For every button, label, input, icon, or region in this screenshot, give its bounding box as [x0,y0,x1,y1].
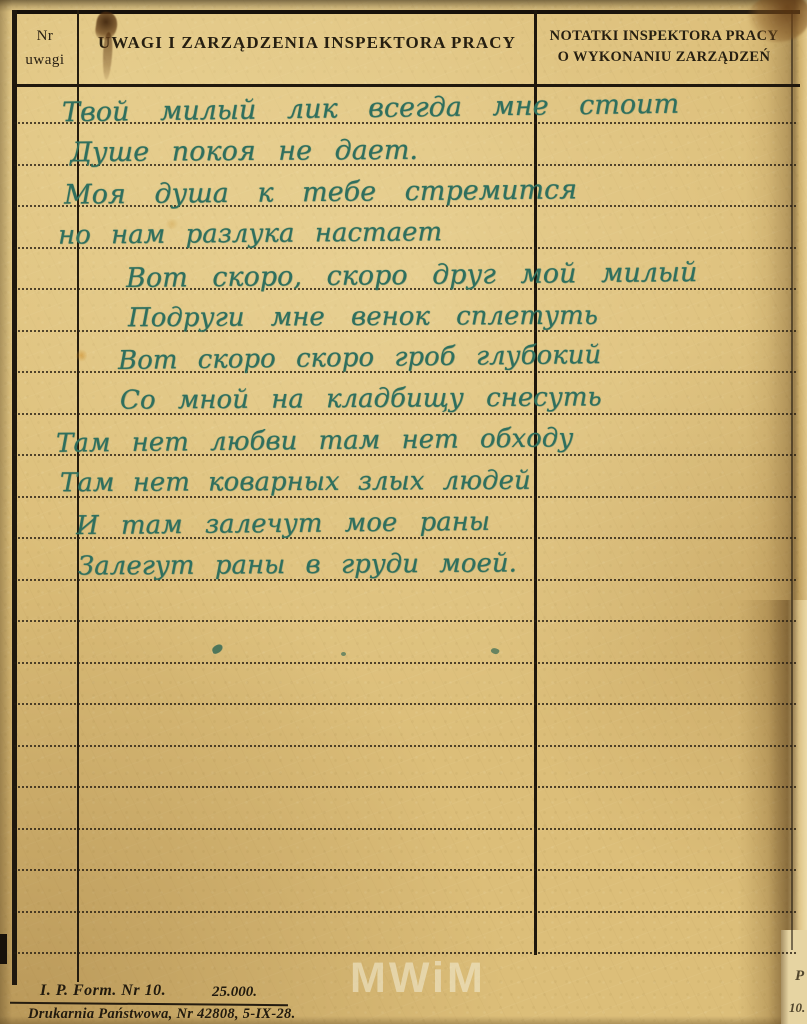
green-ink-fleck [211,643,224,654]
handwritten-line: Вот скоро скоро гроб глубокий [118,340,602,376]
header-nr-uwagi: Nr uwagi [14,24,76,72]
green-ink-fleck-small [341,652,346,656]
ruled-line [14,869,796,871]
form-code: I. P. Form. Nr 10. [40,982,166,1000]
header-notatki-line1: NOTATKI INSPEKTORA PRACY [538,26,790,47]
handwritten-line: И там залечут мое раны [76,507,490,541]
printer-imprint: Drukarnia Państwowa, Nr 42808, 5-IX-28. [28,1006,296,1023]
table-left-border [12,10,17,985]
handwritten-line: Залегут раны в груди моей. [78,548,517,581]
handwritten-line: Со мной на кладбищу снесуть [120,382,602,415]
adjacent-page-fragment-p: P [795,968,804,985]
header-nr-line2: uwagi [14,48,76,72]
header-notatki: NOTATKI INSPEKTORA PRACY O WYKONANIU ZAR… [538,26,790,68]
ruled-line [14,911,796,913]
header-nr-line1: Nr [14,24,76,48]
table-right-border [791,10,793,950]
handwritten-line: Моя душа к тебе стремится [64,174,577,210]
ruled-line [14,745,796,747]
ruled-line [14,662,796,664]
table-top-border [12,10,800,14]
handwritten-line: Душе покоя не дает. [70,135,418,168]
museum-watermark: MWiM [350,954,486,1003]
handwritten-line: но нам разлука настает [58,217,442,250]
ruled-line [14,786,796,788]
scanned-form-page: Nr uwagi UWAGI I ZARZĄDZENIA INSPEKTORA … [0,0,807,1024]
green-ink-fleck-right [490,646,500,655]
header-notatki-line2: O WYKONANIU ZARZĄDZEŃ [538,47,790,68]
adjacent-page-fragment-10: 10. [789,1000,805,1016]
ruled-line [14,828,796,830]
binding-mark [0,934,7,964]
paper-left-edge [0,0,12,1024]
center-column-divider [534,10,537,955]
header-uwagi-zarzadzenia: UWAGI I ZARZĄDZENIA INSPEKTORA PRACY [80,33,534,53]
handwritten-line: Там нет любви там нет обходу [56,423,574,458]
header-separator-line [12,84,800,87]
ruled-line [14,620,796,622]
ruled-line [14,703,796,705]
handwritten-line: Подруги мне венок сплетуть [128,301,598,333]
handwritten-line: Там нет коварных злых людей [60,466,531,498]
handwritten-line: Вот скоро, скоро друг мой милый [126,257,698,294]
print-run: 25.000. [212,984,257,1001]
